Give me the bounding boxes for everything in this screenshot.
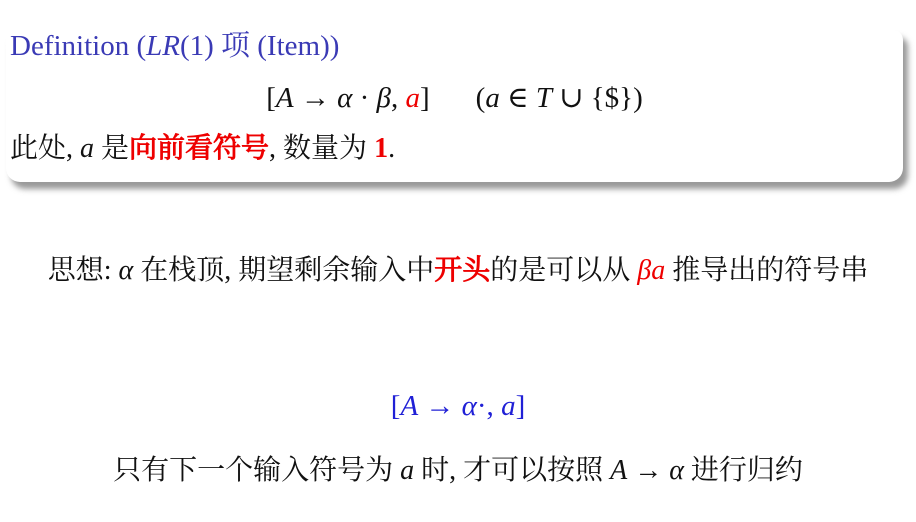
text-segment: a — [485, 82, 500, 114]
text-segment: β — [377, 82, 391, 114]
text-segment: A — [276, 82, 294, 114]
text-segment: a — [80, 133, 94, 164]
text-segment: → — [627, 455, 669, 486]
lookahead-note-text: 此处, a 是向前看符号, 数量为 1. — [10, 132, 395, 166]
text-segment: [ — [391, 390, 401, 422]
text-segment: a — [501, 390, 516, 422]
lookahead-domain-condition: (a ∈ T ∪ {$}) — [476, 80, 643, 116]
reduce-item-formula: [A → α·, a] — [0, 388, 916, 424]
text-segment: α — [669, 455, 684, 486]
text-segment: ·, — [477, 390, 501, 422]
text-segment: Definition ( — [10, 30, 146, 62]
slide-canvas: Definition (LR(1) 项 (Item)) [A → α · β, … — [0, 0, 916, 522]
text-segment: 时, 才可以按照 — [414, 455, 610, 486]
text-segment: A — [610, 455, 627, 486]
idea-text: 思想: α 在栈顶, 期望剩余输入中开头的是可以从 βa 推导出的符号串 — [0, 250, 916, 292]
text-segment: . — [388, 133, 395, 164]
text-segment: T — [536, 82, 552, 114]
text-segment: [ — [266, 82, 276, 114]
text-segment: 进行归约 — [684, 455, 803, 486]
text-segment: ( — [476, 82, 486, 114]
text-segment: 此处, — [10, 133, 80, 164]
text-segment: ∈ — [500, 82, 536, 114]
text-segment: α — [337, 82, 352, 114]
text-segment: · — [352, 82, 376, 114]
text-segment: , — [391, 82, 406, 114]
text-segment: βa — [637, 255, 665, 286]
definition-block: Definition (LR(1) 项 (Item)) [A → α · β, … — [6, 30, 903, 182]
text-segment: ] — [420, 82, 430, 114]
text-segment: 只有下一个输入符号为 — [113, 455, 400, 486]
text-segment: a — [400, 455, 414, 486]
text-segment: 思想: — [48, 255, 119, 286]
lr1-item-formula: [A → α · β, a] — [266, 80, 429, 116]
text-segment: α — [119, 255, 134, 286]
text-segment: 1 — [374, 133, 388, 164]
text-segment: LR — [146, 30, 180, 62]
text-segment: → — [418, 390, 462, 422]
text-segment: a — [406, 82, 421, 114]
lr1-item-formula-row: [A → α · β, a] (a ∈ T ∪ {$}) — [6, 80, 903, 116]
definition-block-title: Definition (LR(1) 项 (Item)) — [10, 30, 339, 62]
text-segment: , 数量为 — [269, 133, 374, 164]
text-segment: → — [294, 82, 338, 114]
reduction-condition-text: 只有下一个输入符号为 a 时, 才可以按照 A → α 进行归约 — [0, 450, 916, 492]
text-segment: ∪ {$}) — [552, 82, 643, 114]
text-segment: 的是可以从 — [490, 255, 637, 286]
text-segment: ] — [516, 390, 526, 422]
text-segment: A — [400, 390, 418, 422]
text-segment: 是 — [94, 133, 129, 164]
text-segment: (1) 项 (Item)) — [180, 30, 339, 62]
text-segment: 开头 — [434, 255, 490, 286]
text-segment: 推导出的符号串 — [665, 255, 868, 286]
text-segment: 向前看符号 — [129, 133, 269, 164]
text-segment: α — [462, 390, 477, 422]
text-segment: 在栈顶, 期望剩余输入中 — [133, 255, 434, 286]
